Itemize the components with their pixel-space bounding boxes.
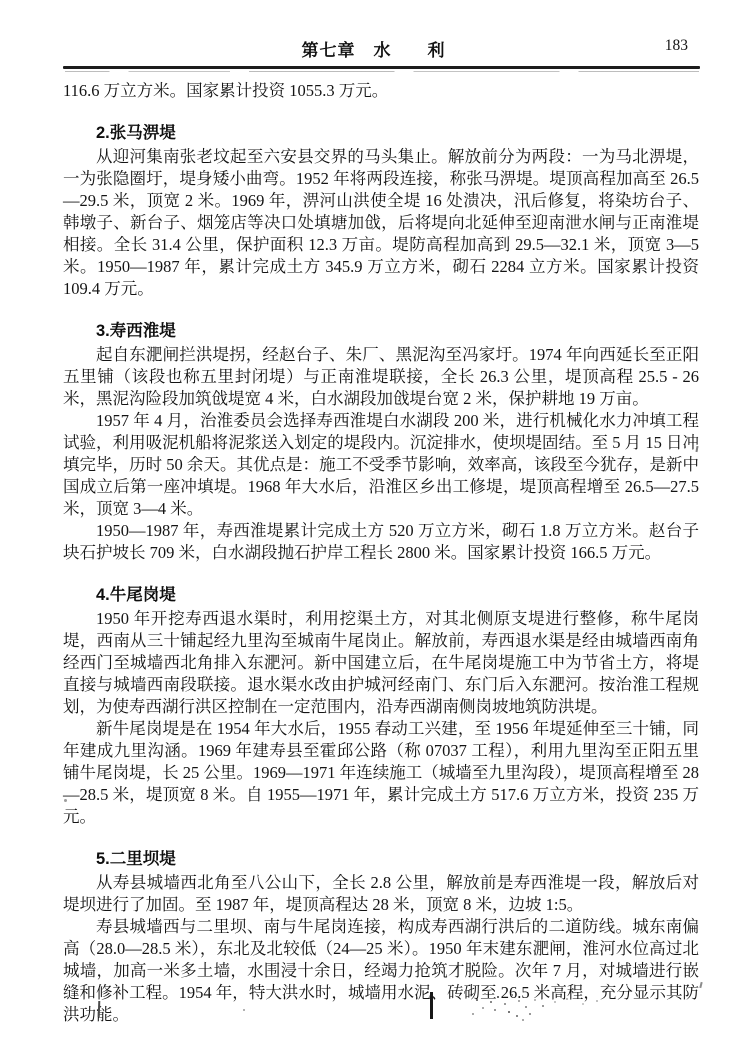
section-niuweigang-dike: 4.牛尾岗堤 1950 年开挖寿西退水渠时，利用挖渠土方，对其北侧原支堤进行整修… (63, 584, 699, 828)
scan-artifact-dot (699, 982, 702, 988)
paragraph: 从寿县城墙西北角至八公山下，全长 2.8 公里，解放前是寿西淮堤一段，解放后对堤… (63, 872, 699, 916)
chapter-title: 第七章 水 利 (0, 36, 747, 61)
section-heading: 5.二里坝堤 (63, 848, 699, 870)
section-erliba-dike: 5.二里坝堤 从寿县城墙西北角至八公山下，全长 2.8 公里，解放前是寿西淮堤一… (63, 848, 699, 1026)
paragraph: 1950—1987 年，寿西淮堤累计完成土方 520 万立方米，砌石 1.8 万… (63, 520, 699, 564)
paragraph: 寿县城墙西与二里坝、南与牛尾岗连接，构成寿西湖行洪后的二道防线。城东南偏高（28… (63, 916, 699, 1026)
paragraph: 新牛尾岗堤是在 1954 年大水后，1955 春动工兴建，至 1956 年堤延伸… (63, 718, 699, 828)
section-heading: 4.牛尾岗堤 (63, 584, 699, 606)
section-shouxi-huai-dike: 3.寿西淮堤 起自东淝闸拦洪堤拐，经赵台子、朱厂、黑泥沟至冯家圩。1974 年向… (63, 320, 699, 564)
header-rule (63, 66, 700, 69)
paragraph: 起自东淝闸拦洪堤拐，经赵台子、朱厂、黑泥沟至冯家圩。1974 年向西延长至正阳五… (63, 344, 699, 410)
page-body: 116.6 万立方米。国家累计投资 1055.3 万元。 2.张马淠堤 从迎河集… (63, 80, 699, 1026)
running-header: 第七章 水 利 183 (0, 36, 747, 60)
section-zhangma-pi-dike: 2.张马淠堤 从迎河集南张老坟起至六安县交界的马头集止。解放前分为两段：一为马北… (63, 122, 699, 300)
page-number: 183 (665, 37, 688, 55)
section-heading: 2.张马淠堤 (63, 122, 699, 144)
paragraph: 1957 年 4 月，治淮委员会选择寿西淮堤白水湖段 200 米，进行机械化水力… (63, 410, 699, 520)
document-page: 第七章 水 利 183 116.6 万立方米。国家累计投资 1055.3 万元。… (0, 0, 747, 1046)
paragraph: 1950 年开挖寿西退水渠时，利用挖渠土方，对其北侧原支堤进行整修，称牛尾岗堤，… (63, 608, 699, 718)
section-heading: 3.寿西淮堤 (63, 320, 699, 342)
continuation-line: 116.6 万立方米。国家累计投资 1055.3 万元。 (63, 80, 699, 102)
paragraph: 从迎河集南张老坟起至六安县交界的马头集止。解放前分为两段：一为马北淠堤，一为张隐… (63, 146, 699, 300)
